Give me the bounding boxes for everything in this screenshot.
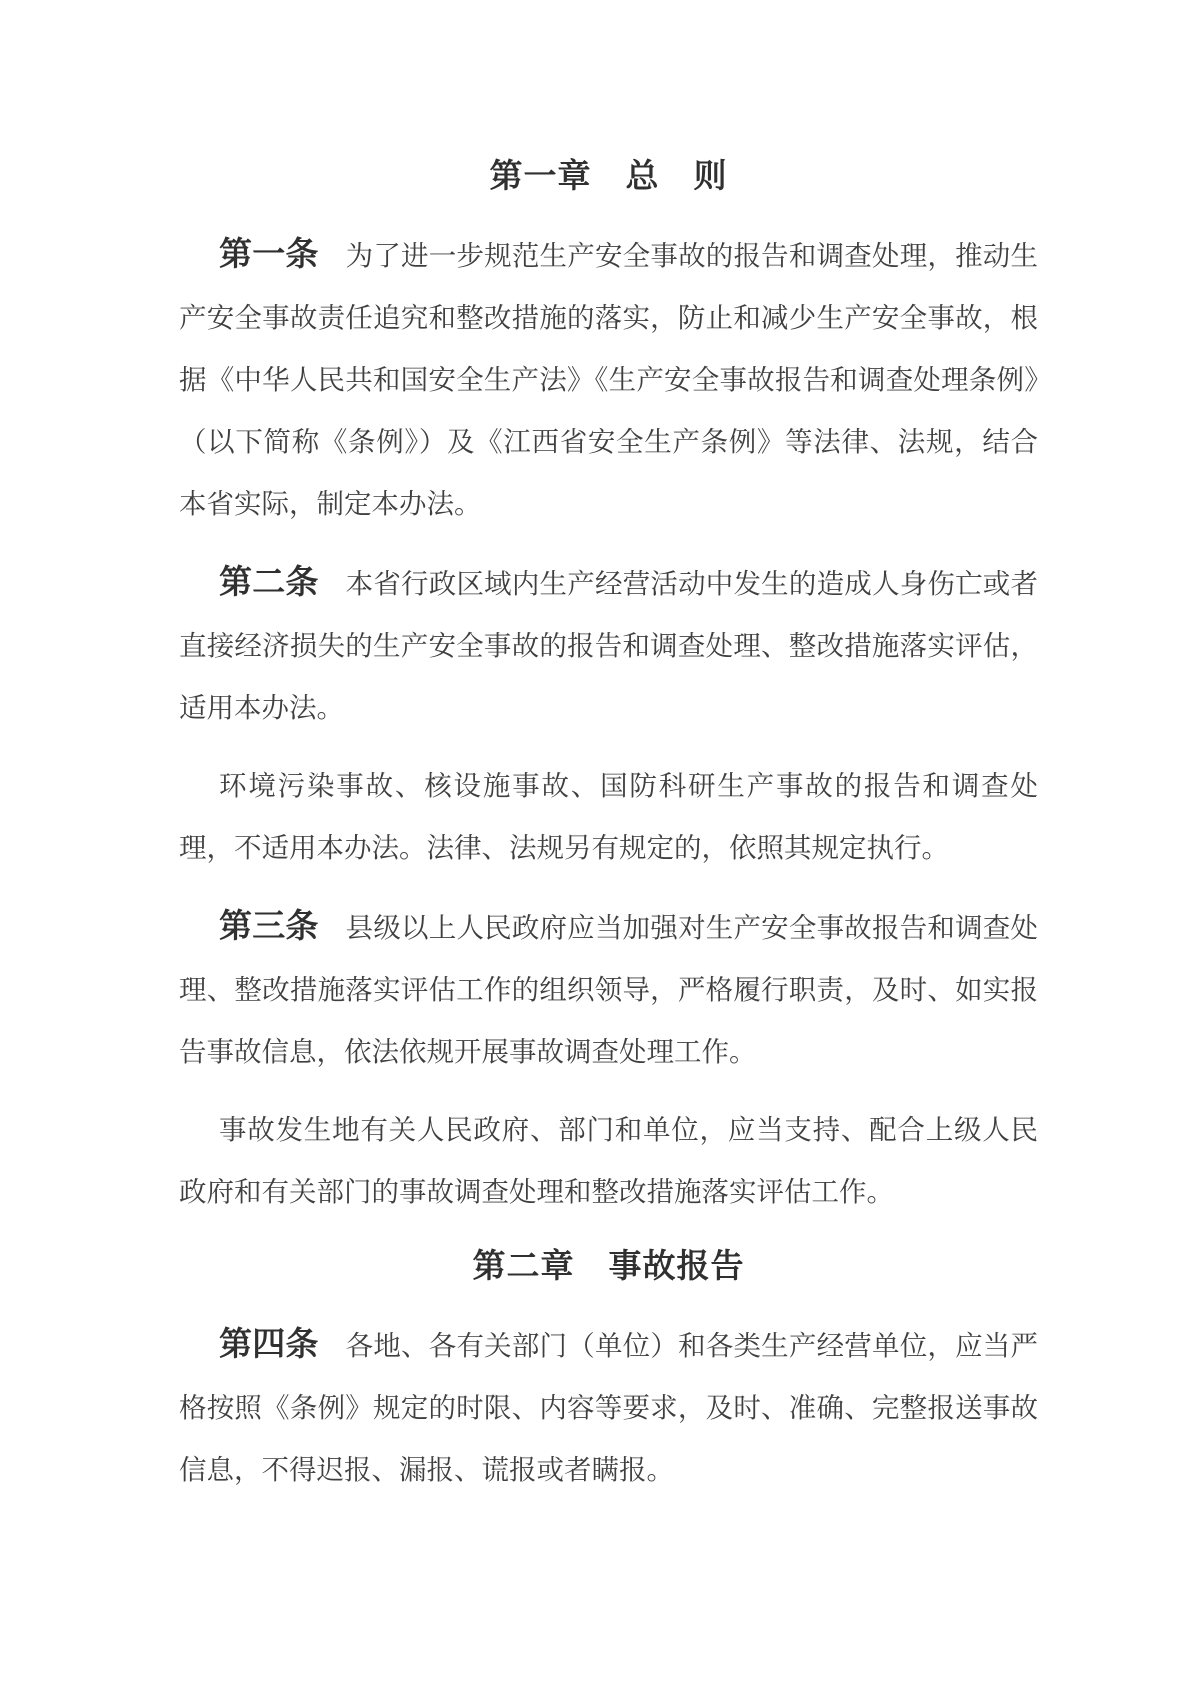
article-3-label: 第三条 [219,907,319,944]
article-2-label: 第二条 [219,563,319,600]
article-3-supplement-paragraph: 事故发生地有关人民政府、部门和单位，应当支持、配合上级人民政府和有关部门的事故调… [179,1099,1038,1223]
document-content: 第一章 总 则 第一条为了进一步规范生产安全事故的报告和调查处理，推动生产安全事… [179,0,1038,1501]
article-2-paragraph: 第二条本省行政区域内生产经营活动中发生的造成人身伤亡或者直接经济损失的生产安全事… [179,551,1038,739]
article-2-supplement-paragraph: 环境污染事故、核设施事故、国防科研生产事故的报告和调查处理，不适用本办法。法律、… [179,755,1038,879]
article-3-paragraph: 第三条县级以上人民政府应当加强对生产安全事故报告和调查处理、整改措施落实评估工作… [179,895,1038,1083]
article-2-supplement-text: 环境污染事故、核设施事故、国防科研生产事故的报告和调查处理，不适用本办法。法律、… [179,770,1038,863]
article-4-label: 第四条 [219,1325,319,1362]
chapter-2-title: 第二章 事故报告 [179,1235,1038,1297]
chapter-1-title: 第一章 总 则 [179,145,1038,207]
article-1-paragraph: 第一条为了进一步规范生产安全事故的报告和调查处理，推动生产安全事故责任追究和整改… [179,223,1038,535]
article-1-text: 为了进一步规范生产安全事故的报告和调查处理，推动生产安全事故责任追究和整改措施的… [179,240,1038,519]
article-4-paragraph: 第四条各地、各有关部门（单位）和各类生产经营单位，应当严格按照《条例》规定的时限… [179,1313,1038,1501]
article-3-supplement-text: 事故发生地有关人民政府、部门和单位，应当支持、配合上级人民政府和有关部门的事故调… [179,1114,1038,1207]
document-page: 第一章 总 则 第一条为了进一步规范生产安全事故的报告和调查处理，推动生产安全事… [0,0,1190,1683]
article-1-label: 第一条 [219,235,319,272]
